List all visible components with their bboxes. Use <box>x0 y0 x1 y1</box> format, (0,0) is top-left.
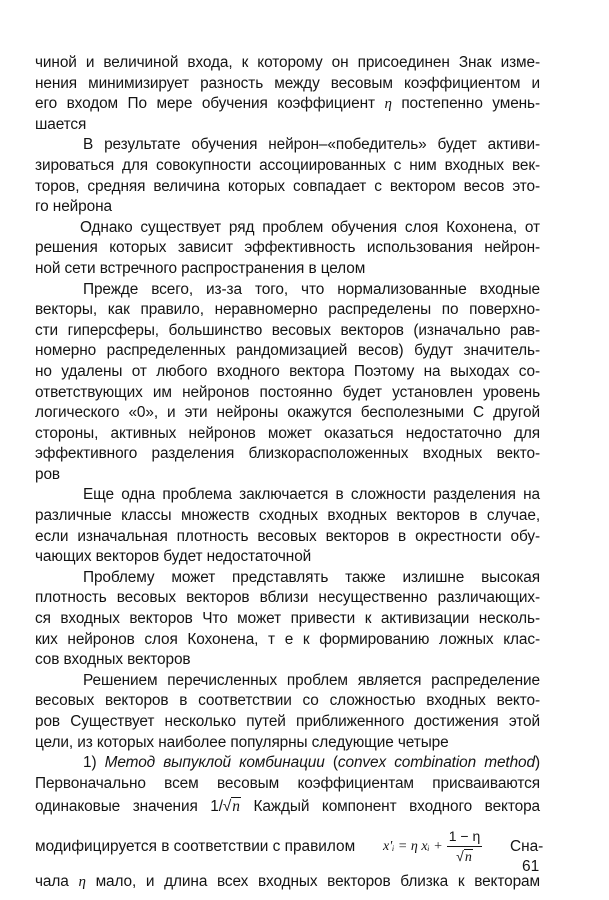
formula-lhs: x'ᵢ = η xᵢ + <box>383 832 443 862</box>
sqrt-argument: n <box>464 849 473 865</box>
sqrt-symbol: √n <box>456 847 473 867</box>
paragraph-5: Еще одна проблема заключается в сложност… <box>35 485 540 567</box>
text-line: шается <box>35 115 540 136</box>
text-line: логического «0», и эти нейроны окажутся … <box>35 403 540 424</box>
document-page: чиной и величиной входа, к которому он п… <box>35 53 540 893</box>
fraction-numerator: 1 − η <box>447 828 483 847</box>
text-line: ких нейронов слоя Кохонена, т е к формир… <box>35 630 540 651</box>
text-line: ной сети встречного распространения в це… <box>35 259 540 280</box>
method-title-english: convex combination method <box>338 754 535 771</box>
eta-symbol: η <box>78 874 85 890</box>
text-line: чающих векторов будет недостаточной <box>35 547 540 568</box>
text-line: его входом По мере обучения коэффициент … <box>35 94 540 115</box>
page-number: 61 <box>522 858 539 876</box>
text-line: стороны, активных нейронов может оказать… <box>35 424 540 445</box>
inline-formula-value: 1/√n <box>210 798 241 815</box>
text-line: В результате обучения нейрон–«победитель… <box>35 135 540 156</box>
text-line: плотность весовых векторов вблизи несуще… <box>35 588 540 609</box>
text-fragment: постепенно умень- <box>401 95 540 112</box>
text-fragment: Каждый компонент входного вектора <box>253 798 540 815</box>
text-line: Решением перечисленных проблем является … <box>35 671 540 692</box>
paragraph-3: Однако существует ряд проблем обучения с… <box>35 218 540 280</box>
eta-symbol: η <box>384 96 391 112</box>
method-heading-line: 1) Метод выпуклой комбинации (convex com… <box>35 753 540 774</box>
paragraph-4: Прежде всего, из-за того, что нормализов… <box>35 280 540 486</box>
paragraph-1: чиной и величиной входа, к которому он п… <box>35 53 540 135</box>
text-line: зироваться для совокупности ассоциирован… <box>35 156 540 177</box>
formula-line: модифицируется в соответствии с правилом… <box>35 824 540 868</box>
text-line: нения минимизирует разность между весовы… <box>35 74 540 95</box>
text-line: номерно распределенных рандомизацией вес… <box>35 341 540 362</box>
fraction-denominator: √n <box>456 847 473 867</box>
text-line: цели, из которых наиболее популярны след… <box>35 733 540 754</box>
text-line: ся входных векторов Что может привести к… <box>35 609 540 630</box>
text-line: весовых векторов в соответствии со сложн… <box>35 691 540 712</box>
text-line: различные классы множеств сходных входны… <box>35 506 540 527</box>
text-line: если изначальная плотность весовых векто… <box>35 527 540 548</box>
text-line: эффективного разделения близкорасположен… <box>35 444 540 465</box>
text-line: сов входных векторов <box>35 650 540 671</box>
text-line: Еще одна проблема заключается в сложност… <box>35 485 540 506</box>
text-line: решения которых зависит эффективность ис… <box>35 238 540 259</box>
text-line: ров Существует несколько путей приближен… <box>35 712 540 733</box>
text-fragment: мало, и длина всех входных векторов близ… <box>96 873 540 890</box>
paragraph-6: Проблему может представлять также излишн… <box>35 568 540 671</box>
text-line: но удалены от любого входного вектора По… <box>35 362 540 383</box>
text-line: векторы, как правило, неравномерно распр… <box>35 300 540 321</box>
formula-prefix: 1/ <box>210 798 223 815</box>
paragraph-2: В результате обучения нейрон–«победитель… <box>35 135 540 217</box>
formula-fraction: 1 − η √n <box>447 828 483 867</box>
sqrt-symbol: √n <box>223 794 241 820</box>
paragraph-7: Решением перечисленных проблем является … <box>35 671 540 753</box>
text-fragment: модифицируется в соответствии с правилом <box>35 832 355 862</box>
text-line: торов, средняя величина которых совпадае… <box>35 177 540 198</box>
text-line: го нейрона <box>35 197 540 218</box>
text-line: Однако существует ряд проблем обучения с… <box>35 218 540 239</box>
text-fragment: его входом По мере обучения коэффициент <box>35 95 375 112</box>
text-line: чала η мало, и длина всех входных вектор… <box>35 872 540 893</box>
text-line: сти гиперсферы, большинство весовых вект… <box>35 321 540 342</box>
item-number: 1) <box>83 754 97 771</box>
text-line: ров <box>35 465 540 486</box>
method-title: Метод выпуклой комбинации <box>105 754 325 771</box>
text-line: одинаковые значения 1/√n Каждый компонен… <box>35 794 540 820</box>
text-line: Прежде всего, из-за того, что нормализов… <box>35 280 540 301</box>
update-rule-formula: x'ᵢ = η xᵢ + 1 − η √n <box>383 824 482 870</box>
text-line: ответствующих им нейронов постоянно буде… <box>35 383 540 404</box>
text-line: чиной и величиной входа, к которому он п… <box>35 53 540 74</box>
text-line: Проблему может представлять также излишн… <box>35 568 540 589</box>
sqrt-argument: n <box>231 797 241 815</box>
paren-close: ) <box>535 754 540 771</box>
paragraph-method-1: 1) Метод выпуклой комбинации (convex com… <box>35 753 540 893</box>
text-line: Первоначально всем весовым коэффициентам… <box>35 774 540 795</box>
text-fragment: чала <box>35 873 69 890</box>
text-fragment: одинаковые значения <box>35 798 198 815</box>
